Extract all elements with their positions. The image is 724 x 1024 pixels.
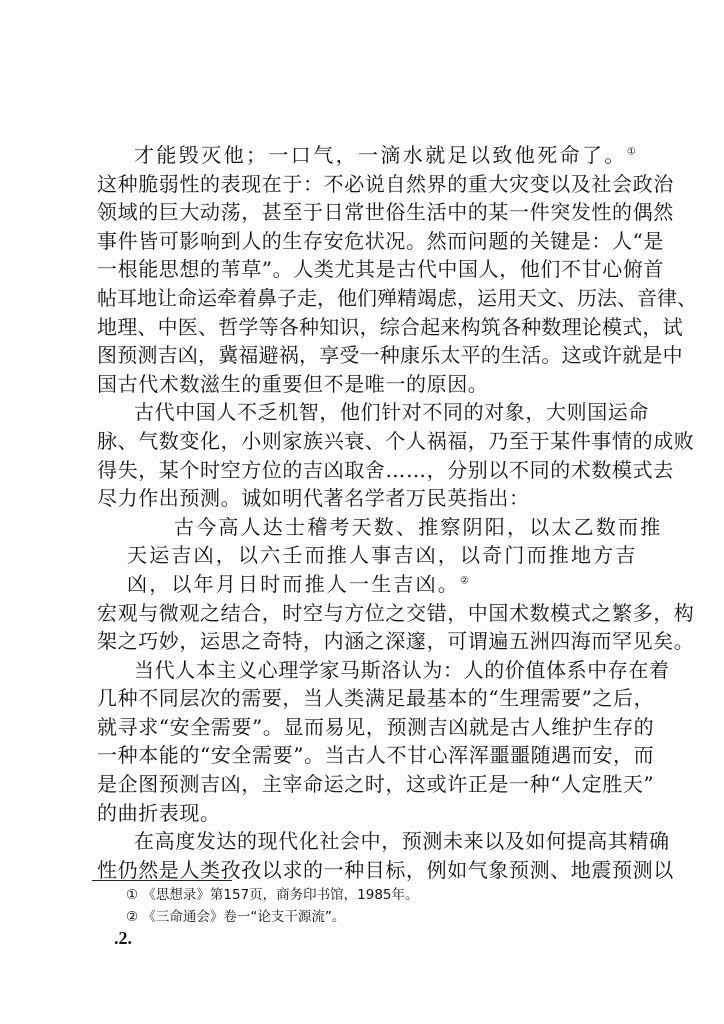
footnote-ref-1[interactable]: ① (627, 146, 638, 157)
page-number: .2. (114, 928, 132, 949)
line-text: 凶，以年月日时而推人一生吉凶。 (127, 572, 460, 596)
text-line: 一根能思想的苇草”。人类尤其是古代中国人，他们不甘心俯首 (97, 255, 625, 284)
text-line: 国古代术数滋生的重要但不是唯一的原因。 (97, 370, 625, 399)
footnotes: ① 《思想录》第157页，商务印书馆，1985年。 ② 《三命通会》卷一“论支干… (126, 884, 419, 928)
paragraph-start-line: 古代中国人不乏机智，他们针对不同的对象，大则国运命 (97, 398, 625, 427)
block-quote-line: 凶，以年月日时而推人一生吉凶。② (97, 570, 625, 599)
text-line: 事件皆可影响到人的生存安危状况。然而问题的关键是：人“是 (97, 227, 625, 256)
paragraph-start-line: 在高度发达的现代化社会中，预测未来以及如何提高其精确 (97, 827, 625, 856)
text-line: 这种脆弱性的表现在于：不必说自然界的重大灾变以及社会政治 (97, 170, 625, 199)
footnote-ref-2[interactable]: ② (460, 575, 471, 586)
text-line: 脉、气数变化，小则家族兴衰、个人祸福，乃至于某件事情的成败 (97, 427, 625, 456)
text-line: 是企图预测吉凶，主宰命运之时，这或许正是一种“人定胜天” (97, 770, 625, 799)
text-line: 帖耳地让命运牵着鼻子走，他们殚精竭虑，运用天文、历法、音律、 (97, 284, 625, 313)
block-quote-line: 古今高人达士稽考天数、推察阴阳，以太乙数而推 (97, 513, 625, 542)
text-line: 领域的巨大动荡，甚至于日常世俗生活中的某一件突发性的偶然 (97, 198, 625, 227)
text-line: 地理、中医、哲学等各种知识，综合起来构筑各种数理论模式，试 (97, 313, 625, 342)
text-line: 得失，某个时空方位的吉凶取舍……，分别以不同的术数模式去 (97, 456, 625, 485)
footnote-2: ② 《三命通会》卷一“论支干源流”。 (126, 906, 419, 928)
text-line: 架之巧妙，运思之奇特，内涵之深邃，可谓遍五洲四海而罕见矣。 (97, 627, 625, 656)
paragraph-start-line: 当代人本主义心理学家马斯洛认为：人的价值体系中存在着 (97, 656, 625, 685)
text-line: 才能毁灭他；一口气，一滴水就足以致他死命了。① (97, 141, 625, 170)
footnote-1: ① 《思想录》第157页，商务印书馆，1985年。 (126, 884, 419, 906)
text-line: 宏观与微观之结合，时空与方位之交错，中国术数模式之繁多，构 (97, 599, 625, 628)
text-line: 的曲折表现。 (97, 799, 625, 828)
text-line: 就寻求“安全需要”。显而易见，预测吉凶就是古人维护生存的 (97, 713, 625, 742)
text-line: 图预测吉凶，冀福避祸，享受一种康乐太平的生活。这或许就是中 (97, 341, 625, 370)
footnote-divider (92, 880, 232, 881)
text-line: 一种本能的“安全需要”。当古人不甘心浑浑噩噩随遇而安，而 (97, 741, 625, 770)
text-line: 几种不同层次的需要，当人类满足最基本的“生理需要”之后， (97, 684, 625, 713)
book-page: 才能毁灭他；一口气，一滴水就足以致他死命了。① 这种脆弱性的表现在于：不必说自然… (0, 0, 724, 1024)
block-quote-line: 天运吉凶，以六壬而推人事吉凶，以奇门而推地方吉 (97, 541, 625, 570)
body-text: 才能毁灭他；一口气，一滴水就足以致他死命了。① 这种脆弱性的表现在于：不必说自然… (97, 141, 625, 884)
line-text: 才能毁灭他；一口气，一滴水就足以致他死命了。 (134, 143, 627, 167)
text-line: 尽力作出预测。诚如明代著名学者万民英指出： (97, 484, 625, 513)
